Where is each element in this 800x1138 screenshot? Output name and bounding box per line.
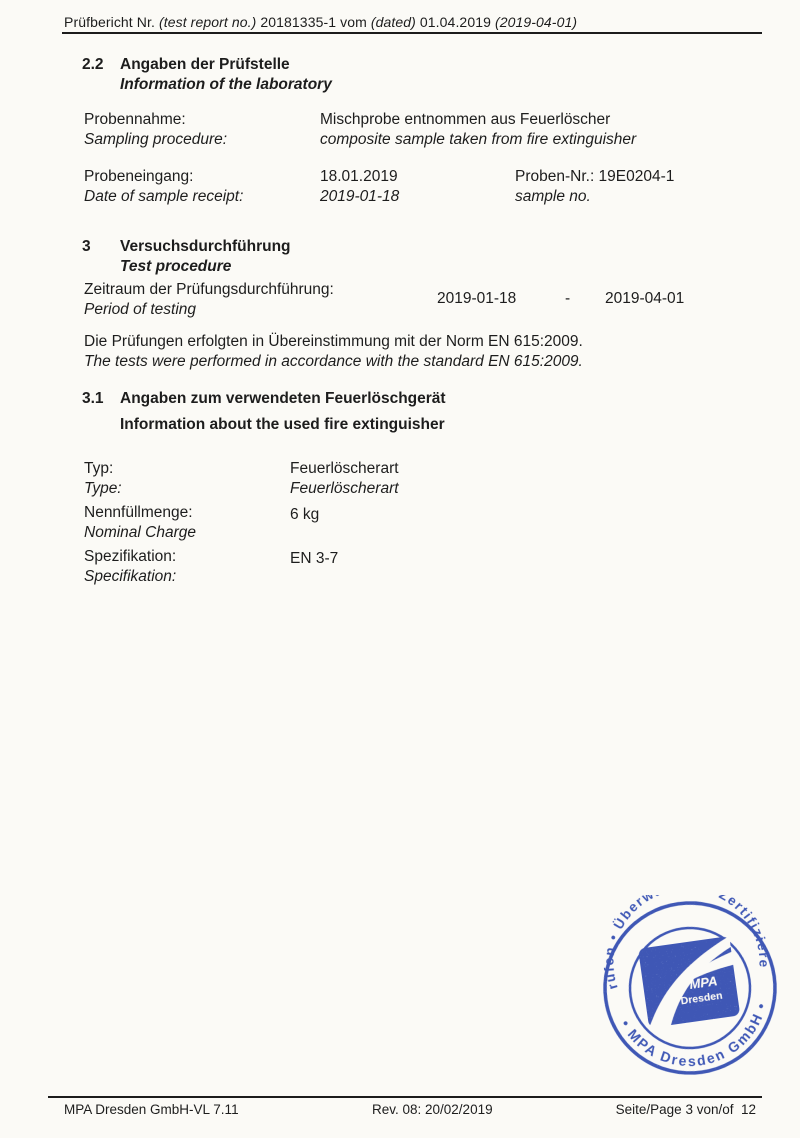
value-de: Mischprobe entnommen aus Feuerlöscher: [320, 110, 636, 130]
scanned-test-report-page: Prüfbericht Nr. (test report no.) 201813…: [0, 0, 800, 1138]
field-receipt-label: Probeneingang: Date of sample receipt:: [84, 167, 243, 206]
label-de: Spezifikation:: [84, 547, 176, 567]
section-heading-2-2: 2.2 Angaben der Prüfstelle Information o…: [82, 55, 682, 94]
header-segment: Prüfbericht Nr.: [64, 14, 159, 30]
header-report-date: 01.04.2019: [420, 14, 495, 30]
field-sampling-label: Probennahme: Sampling procedure:: [84, 110, 227, 149]
header-divider: [62, 32, 762, 34]
header-segment-translation: (test report no.): [159, 14, 260, 30]
field-sample-number: Proben-Nr.: 19E0204-1 sample no.: [515, 167, 674, 206]
field-receipt-value: 18.01.2019 2019-01-18: [320, 167, 399, 206]
header-report-number: 20181335-1 vom: [260, 14, 370, 30]
value-de: 18.01.2019: [320, 167, 399, 187]
header-segment-translation: (dated): [371, 14, 420, 30]
mpa-dresden-stamp: Prüfen • Überwachen • Zertifizieren • MP…: [597, 895, 783, 1081]
period-end-date: 2019-04-01: [605, 289, 684, 309]
field-sampling-value: Mischprobe entnommen aus Feuerlöscher co…: [320, 110, 636, 149]
label-de: Nennfüllmenge:: [84, 503, 196, 523]
value-de: Feuerlöscherart: [290, 459, 399, 479]
label-en: Date of sample receipt:: [84, 187, 243, 207]
norm-statement-de: Die Prüfungen erfolgten in Übereinstimmu…: [84, 332, 724, 352]
period-separator: -: [565, 289, 570, 309]
sample-number-label-en: sample no.: [515, 187, 674, 207]
field-charge-label: Nennfüllmenge: Nominal Charge: [84, 503, 196, 542]
section-number: 3: [82, 237, 120, 276]
period-start-date: 2019-01-18: [437, 289, 516, 309]
label-en: Nominal Charge: [84, 523, 196, 543]
field-spec-value: EN 3-7: [290, 549, 338, 569]
value-en: composite sample taken from fire extingu…: [320, 130, 636, 150]
section-number: 2.2: [82, 55, 120, 94]
label-en: Specifikation:: [84, 567, 176, 587]
label-de: Probennahme:: [84, 110, 227, 130]
label-de: Zeitraum der Prüfungsdurchführung:: [84, 280, 334, 300]
section-title-de: Versuchsdurchführung: [120, 237, 291, 257]
norm-statement: Die Prüfungen erfolgten in Übereinstimmu…: [84, 332, 724, 371]
section-title-en: Test procedure: [120, 257, 291, 277]
section-title-de: Angaben zum verwendeten Feuerlöschgerät: [120, 389, 446, 409]
field-charge-value: 6 kg: [290, 505, 319, 525]
field-spec-label: Spezifikation: Specifikation:: [84, 547, 176, 586]
footer-document-id: MPA Dresden GmbH-VL 7.11: [64, 1101, 239, 1118]
value-en: 2019-01-18: [320, 187, 399, 207]
section-heading-3: 3 Versuchsdurchführung Test procedure: [82, 237, 682, 276]
field-period-label: Zeitraum der Prüfungsdurchführung: Perio…: [84, 280, 334, 319]
footer-revision: Rev. 08: 20/02/2019: [372, 1101, 493, 1118]
footer-page-number: Seite/Page 3 von/of 12: [616, 1101, 756, 1118]
label-de: Typ:: [84, 459, 122, 479]
label-en: Period of testing: [84, 300, 334, 320]
report-header: Prüfbericht Nr. (test report no.) 201813…: [64, 13, 774, 31]
label-en: Type:: [84, 479, 122, 499]
field-type-label: Typ: Type:: [84, 459, 122, 498]
section-title-en: Information about the used fire extingui…: [120, 415, 446, 435]
mpa-logo: MPA Dresden: [638, 936, 740, 1028]
norm-statement-en: The tests were performed in accordance w…: [84, 352, 724, 372]
label-de: Probeneingang:: [84, 167, 243, 187]
label-en: Sampling procedure:: [84, 130, 227, 150]
section-title-de: Angaben der Prüfstelle: [120, 55, 332, 75]
footer-divider: [48, 1096, 762, 1098]
header-report-date-iso: (2019-04-01): [495, 14, 577, 30]
section-heading-3-1: 3.1 Angaben zum verwendeten Feuerlöschge…: [82, 389, 722, 434]
sample-number-value: Proben-Nr.: 19E0204-1: [515, 167, 674, 187]
section-number: 3.1: [82, 389, 120, 434]
section-title-en: Information of the laboratory: [120, 75, 332, 95]
value-en: Feuerlöscherart: [290, 479, 399, 499]
field-type-value: Feuerlöscherart Feuerlöscherart: [290, 459, 399, 498]
